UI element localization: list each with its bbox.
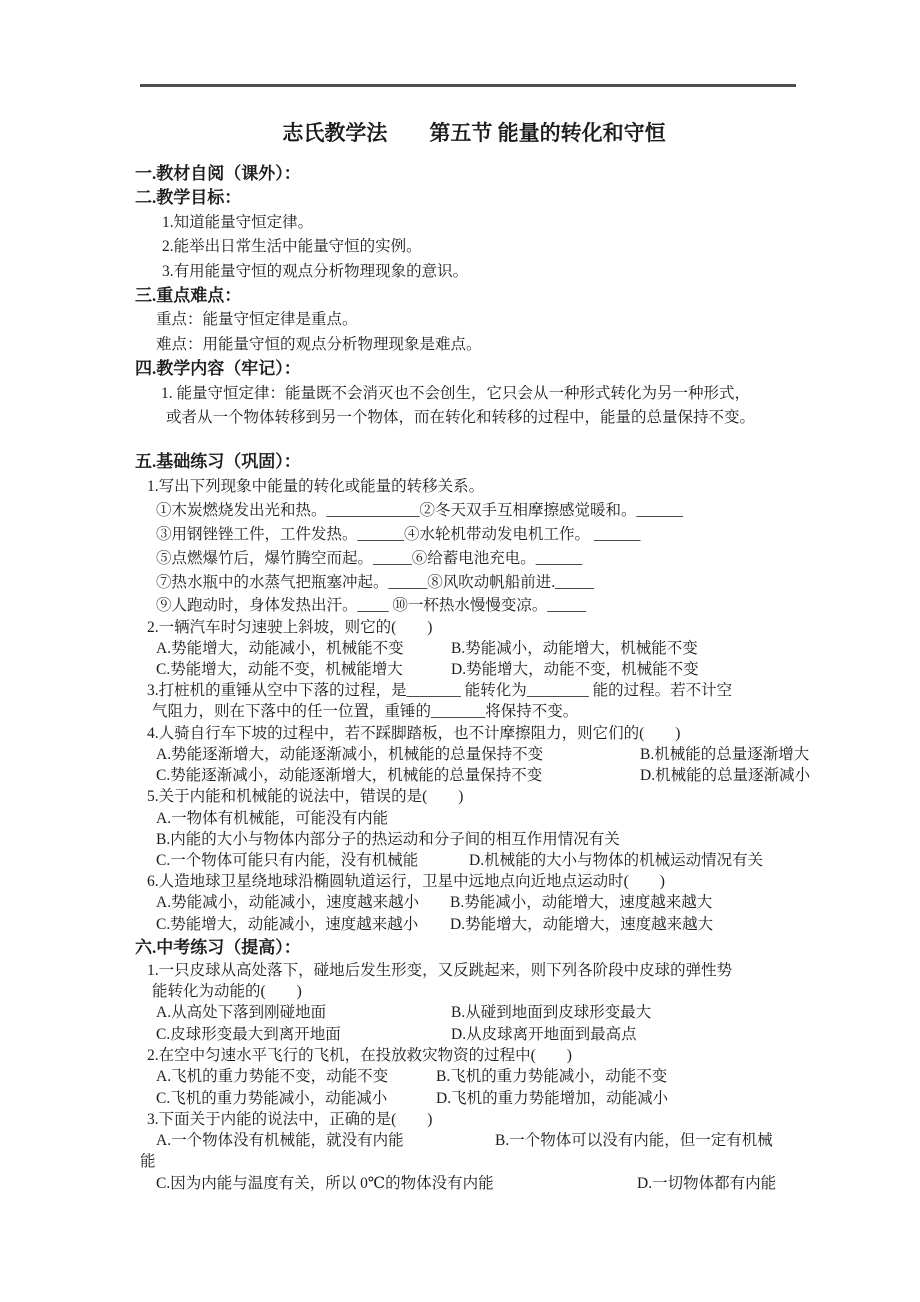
exam-q3-option-d: D.一切物体都有内能 [637, 1175, 776, 1192]
basic-q2-options-cd: C.势能增大，动能不变，机械能增大D.势能增大，动能不变，机械能不变 [156, 659, 820, 680]
content-law-line-2: 或者从一个物体转移到另一个物体，而在转化和转移的过程中，能量的总量保持不变。 [166, 406, 820, 430]
basic-q6-option-d: D.势能增大，动能增大，速度越来越大 [450, 916, 713, 933]
exam-q1-option-d: D.从皮球离开地面到最高点 [451, 1026, 637, 1043]
exam-q2-option-d: D.飞机的重力势能增加，动能减小 [436, 1090, 668, 1107]
section-group-1-to-4: 一.教材自阅（课外）： 二.教学目标： 1.知道能量守恒定律。 2.能举出日常生… [135, 162, 820, 430]
keypoint-item: 重点：能量守恒定律是重点。 [156, 308, 820, 332]
exam-q2-options-ab: A.飞机的重力势能不变，动能不变B.飞机的重力势能减小，动能不变 [156, 1066, 820, 1087]
basic-q2-option-a: A.势能增大，动能减小，机械能不变 [156, 638, 451, 659]
exam-q1-option-c: C.皮球形变最大到离开地面 [156, 1024, 451, 1045]
worksheet-page: 志氏教学法 第五节 能量的转化和守恒 一.教材自阅（课外）： 二.教学目标： 1… [0, 0, 920, 1302]
basic-q1-block: 1.写出下列现象中能量的转化或能量的转移关系。 ①木炭燃烧发出光和热。_____… [135, 475, 820, 595]
content-law-line-1: 1. 能量守恒定律：能量既不会消灭也不会创生，它只会从一种形式转化为另一种形式， [161, 382, 820, 406]
exam-questions-block: 1.一只皮球从高处落下，碰地后发生形变，又反跳起来，则下列各阶段中皮球的弹性势 … [135, 960, 820, 1194]
exam-q2-option-b: B.飞机的重力势能减小，动能不变 [436, 1068, 667, 1085]
basic-q2-option-d: D.势能增大，动能不变，机械能不变 [451, 661, 699, 678]
basic-q1-stem: 1.写出下列现象中能量的转化或能量的转移关系。 [147, 475, 820, 499]
exam-q3-option-a: A.一个物体没有机械能，就没有内能 [156, 1130, 495, 1151]
basic-q2-options-ab: A.势能增大，动能减小，机械能不变B.势能减小，动能增大，机械能不变 [156, 638, 820, 659]
section-heading-1-self-reading: 一.教材自阅（课外）： [135, 162, 820, 186]
exam-q1-line-2: 能转化为动能的( ) [152, 981, 820, 1002]
exam-q2-option-a: A.飞机的重力势能不变，动能不变 [156, 1066, 436, 1087]
basic-q5-options-cd: C.一个物体可能只有内能，没有机械能D.机械能的大小与物体的机械运动情况有关 [156, 850, 820, 871]
exam-q2-options-cd: C.飞机的重力势能减小，动能减小D.飞机的重力势能增加，动能减小 [156, 1088, 820, 1109]
difficulty-item: 难点：用能量守恒的观点分析物理现象是难点。 [156, 333, 820, 357]
exam-q1-option-b: B.从碰到地面到皮球形变最大 [451, 1004, 651, 1021]
section-group-6-exam-practice: 六.中考练习（提高）： 1.一只皮球从高处落下，碰地后发生形变，又反跳起来，则下… [135, 935, 820, 1194]
section-heading-4-teaching-content: 四.教学内容（牢记）： [135, 357, 820, 381]
exam-q3-stem: 3.下面关于内能的说法中，正确的是( ) [147, 1109, 820, 1130]
basic-q3-line-2: 气阻力，则在下落中的任一位置，重锤的_______将保持不变。 [152, 701, 820, 722]
basic-q2-to-q6-block: ⑨人跑动时，身体发热出汗。____ ⑩一杯热水慢慢变凉。_____ 2.一辆汽车… [135, 595, 820, 934]
exam-q1-line-1: 1.一只皮球从高处落下，碰地后发生形变，又反跳起来，则下列各阶段中皮球的弹性势 [147, 960, 820, 981]
basic-q6-options-cd: C.势能增大，动能减小，速度越来越小D.势能增大，动能增大，速度越来越大 [156, 914, 820, 935]
basic-q6-option-b: B.势能减小，动能增大，速度越来越大 [450, 894, 712, 911]
goal-item-1: 1.知道能量守恒定律。 [162, 211, 820, 235]
basic-q4-option-c: C.势能逐渐减小，动能逐渐增大，机械能的总量保持不变 [156, 765, 640, 786]
basic-q5-option-c: C.一个物体可能只有内能，没有机械能 [156, 850, 469, 871]
basic-q4-option-a: A.势能逐渐增大，动能逐渐减小，机械能的总量保持不变 [156, 744, 640, 765]
basic-q5-option-a: A.一物体有机械能，可能没有内能 [156, 808, 820, 829]
exam-q3-option-b-wrap: 能 [140, 1151, 820, 1172]
exam-q3-options-ab: A.一个物体没有机械能，就没有内能B.一个物体可以没有内能，但一定有机械 [156, 1130, 820, 1151]
section-heading-2-teaching-goals: 二.教学目标： [135, 186, 820, 210]
section-heading-3-key-points: 三.重点难点： [135, 284, 820, 308]
exam-q2-stem: 2.在空中匀速水平飞行的飞机，在投放救灾物资的过程中( ) [147, 1045, 820, 1066]
exam-q3-options-cd: C.因为内能与温度有关，所以 0℃的物体没有内能D.一切物体都有内能 [156, 1173, 820, 1194]
basic-q4-option-d: D.机械能的总量逐渐减小 [640, 767, 810, 784]
basic-q2-option-b: B.势能减小，动能增大，机械能不变 [451, 640, 698, 657]
exam-q1-options-cd: C.皮球形变最大到离开地面D.从皮球离开地面到最高点 [156, 1024, 820, 1045]
basic-q4-options-cd: C.势能逐渐减小，动能逐渐增大，机械能的总量保持不变D.机械能的总量逐渐减小 [156, 765, 820, 786]
basic-q2-stem: 2.一辆汽车时匀速驶上斜坡，则它的( ) [147, 617, 820, 638]
document-title: 志氏教学法 第五节 能量的转化和守恒 [0, 120, 920, 146]
top-horizontal-rule [140, 84, 796, 87]
basic-q2-option-c: C.势能增大，动能不变，机械能增大 [156, 659, 451, 680]
basic-q1-blank-line-3: ⑤点燃爆竹后，爆竹腾空而起。_____⑥给蓄电池充电。______ [156, 547, 820, 571]
basic-q4-stem: 4.人骑自行车下坡的过程中，若不踩脚踏板，也不计摩擦阻力，则它们的( ) [147, 723, 820, 744]
exam-q1-options-ab: A.从高处下落到刚碰地面B.从碰到地面到皮球形变最大 [156, 1002, 820, 1023]
exam-q1-option-a: A.从高处下落到刚碰地面 [156, 1002, 451, 1023]
basic-q3-line-1: 3.打桩机的重锤从空中下落的过程，是_______ 能转化为________ 能… [147, 680, 820, 701]
section-group-5-basic-practice: 五.基础练习（巩固）： 1.写出下列现象中能量的转化或能量的转移关系。 ①木炭燃… [135, 449, 820, 934]
document-body: 一.教材自阅（课外）： 二.教学目标： 1.知道能量守恒定律。 2.能举出日常生… [0, 162, 920, 1194]
basic-q6-stem: 6.人造地球卫星绕地球沿椭圆轨道运行，卫星中远地点向近地点运动时( ) [147, 871, 820, 892]
basic-q5-option-d: D.机械能的大小与物体的机械运动情况有关 [469, 852, 763, 869]
basic-q4-option-b: B.机械能的总量逐渐增大 [640, 746, 809, 763]
basic-q5-option-b: B.内能的大小与物体内部分子的热运动和分子间的相互作用情况有关 [156, 829, 820, 850]
section-heading-6-exam-practice: 六.中考练习（提高）： [135, 935, 820, 960]
basic-q5-stem: 5.关于内能和机械能的说法中，错误的是( ) [147, 786, 820, 807]
basic-q1-blank-line-2: ③用钢锉锉工件，工件发热。______④水轮机带动发电机工作。 ______ [156, 523, 820, 547]
exam-q3-option-b: B.一个物体可以没有内能，但一定有机械 [495, 1132, 773, 1149]
basic-q1-blank-line-1: ①木炭燃烧发出光和热。____________②冬天双手互相摩擦感觉暖和。___… [156, 499, 820, 523]
basic-q6-option-a: A.势能减小，动能减小，速度越来越小 [156, 892, 450, 913]
basic-q4-options-ab: A.势能逐渐增大，动能逐渐减小，机械能的总量保持不变B.机械能的总量逐渐增大 [156, 744, 820, 765]
basic-q6-option-c: C.势能增大，动能减小，速度越来越小 [156, 914, 450, 935]
exam-q2-option-c: C.飞机的重力势能减小，动能减小 [156, 1088, 436, 1109]
basic-q1-blank-line-5: ⑨人跑动时，身体发热出汗。____ ⑩一杯热水慢慢变凉。_____ [156, 595, 820, 616]
goal-item-3: 3.有用能量守恒的观点分析物理现象的意识。 [162, 260, 820, 284]
exam-q3-option-c: C.因为内能与温度有关，所以 0℃的物体没有内能 [156, 1173, 637, 1194]
basic-q1-blank-line-4: ⑦热水瓶中的水蒸气把瓶塞冲起。_____⑧风吹动帆船前进._____ [156, 571, 820, 595]
goal-item-2: 2.能举出日常生活中能量守恒的实例。 [162, 235, 820, 259]
section-heading-5-basic-practice: 五.基础练习（巩固）： [135, 449, 820, 475]
basic-q6-options-ab: A.势能减小，动能减小，速度越来越小B.势能减小，动能增大，速度越来越大 [156, 892, 820, 913]
